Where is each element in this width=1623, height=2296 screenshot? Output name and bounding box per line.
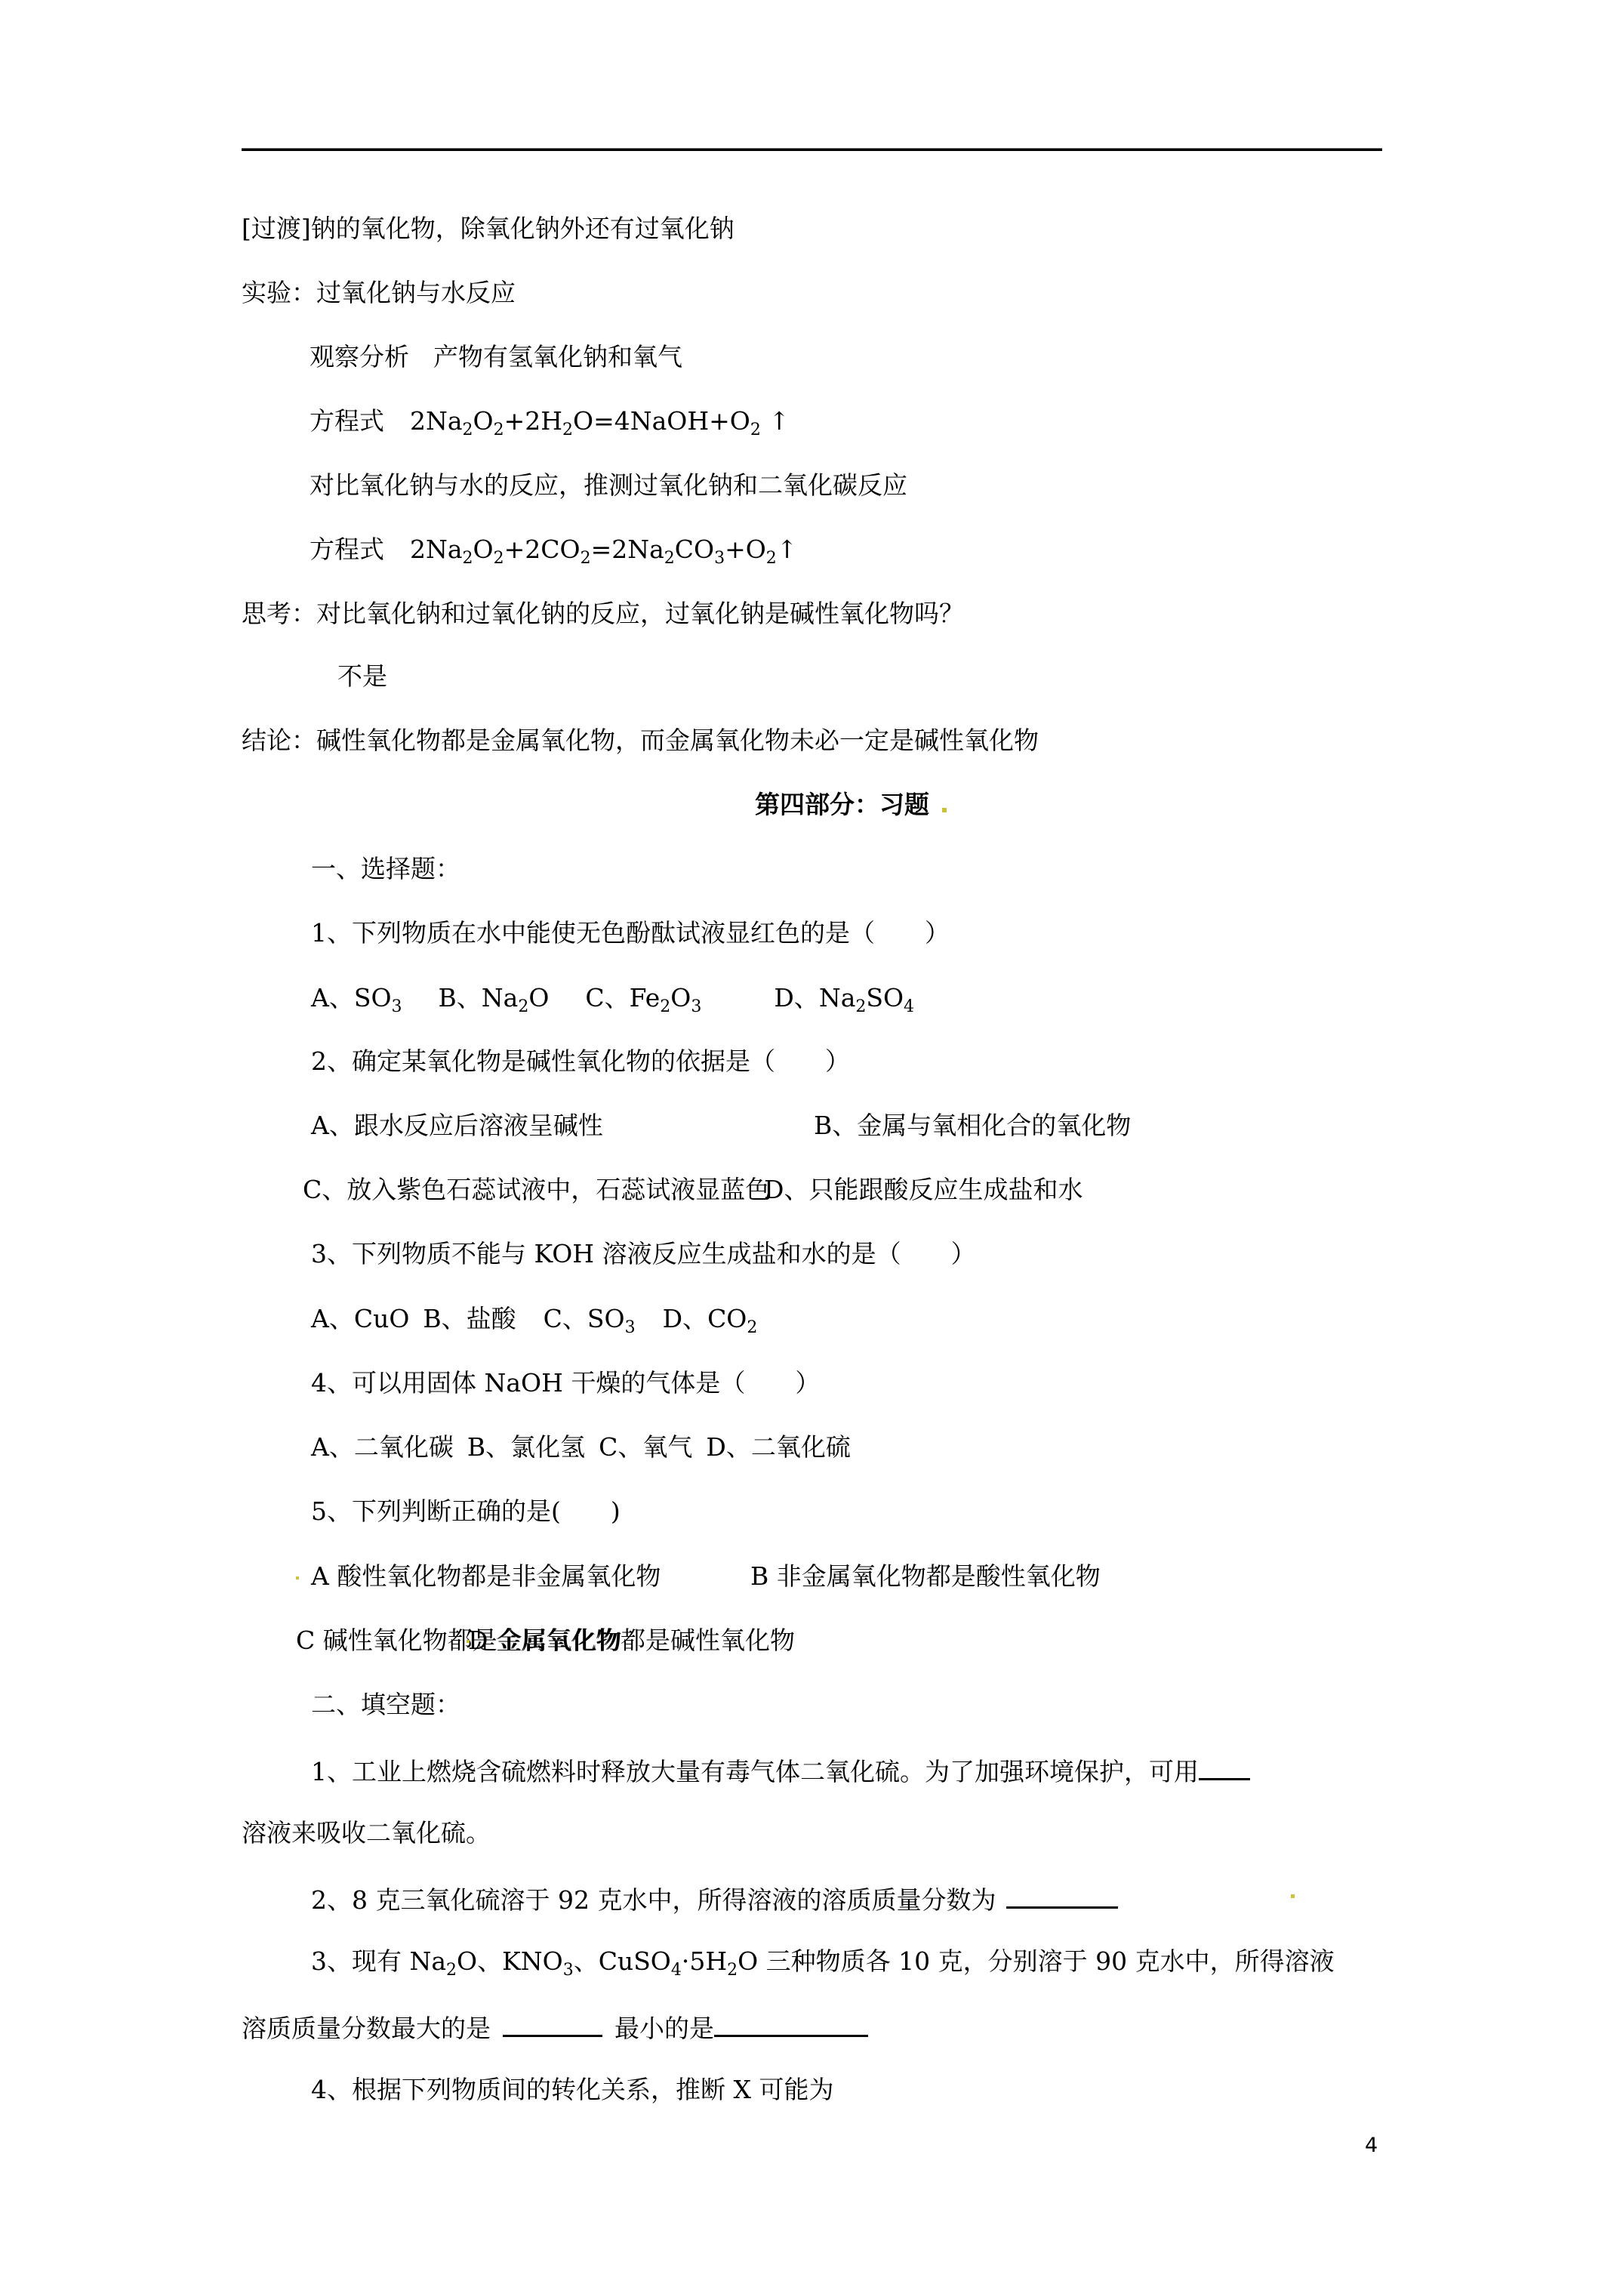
fill-question-2: 2、8 克三氧化硫溶于 92 克水中，所得溶液的溶质质量分数为	[311, 1882, 1118, 1912]
equation-1-line: 方程式2Na2O2+2H2O=4NaOH+O2 ↑	[310, 406, 790, 436]
option-a[interactable]: A、SO3	[311, 983, 402, 1012]
answer-blank[interactable]	[1006, 1882, 1118, 1909]
option-d[interactable]: D、Na2SO4	[774, 983, 914, 1012]
option-d[interactable]: D、CO2	[663, 1304, 758, 1333]
option-b[interactable]: B、氯化氢	[467, 1432, 585, 1462]
annotation-mark	[1291, 1894, 1295, 1898]
fill-question-4: 4、根据下列物质间的转化关系，推断 X 可能为	[311, 2075, 833, 2105]
page-number: 4	[1365, 2134, 1378, 2157]
equation-1-label: 方程式	[310, 406, 384, 436]
fill-question-1-line-2: 溶液来吸收二氧化硫。	[242, 1818, 491, 1848]
option-a[interactable]: A、二氧化碳	[311, 1432, 454, 1462]
question-3-stem: 3、下列物质不能与 KOH 溶液反应生成盐和水的是（ ）	[311, 1239, 976, 1269]
observation-text: 产物有氢氧化钠和氧气	[433, 342, 682, 371]
conclusion-text: 结论：碱性氧化物都是金属氧化物，而金属氧化物未必一定是碱性氧化物	[242, 726, 1039, 756]
answer-blank-largest[interactable]	[503, 2011, 602, 2037]
fill-question-1-line-1: 1、工业上燃烧含硫燃料时释放大量有毒气体二氧化硫。为了加强环境保护，可用	[311, 1754, 1250, 1784]
option-d[interactable]: D、二氧化硫	[706, 1432, 850, 1462]
section-title: 第四部分：习题	[755, 790, 929, 820]
equation-2-label: 方程式	[310, 535, 384, 564]
question-2-option-a[interactable]: A、跟水反应后溶液呈碱性	[311, 1111, 603, 1141]
question-2-option-b[interactable]: B、金属与氧相化合的氧化物	[814, 1111, 1131, 1141]
question-5-stem: 5、下列判断正确的是( )	[311, 1496, 621, 1527]
question-4-stem: 4、可以用固体 NaOH 干燥的气体是（ ）	[311, 1368, 820, 1398]
think-question: 思考：对比氧化钠和过氧化钠的反应，过氧化钠是碱性氧化物吗？	[242, 599, 964, 629]
observation-label: 观察分析	[310, 342, 409, 371]
answer-blank-smallest[interactable]	[714, 2011, 868, 2037]
comparison-text: 对比氧化钠与水的反应，推测过氧化钠和二氧化碳反应	[310, 470, 907, 501]
gas-arrow-icon: ↑	[777, 535, 798, 564]
question-1-stem: 1、下列物质在水中能使无色酚酞试液显红色的是（ ）	[311, 918, 950, 948]
question-5-option-b[interactable]: B 非金属氧化物都是酸性氧化物	[750, 1561, 1101, 1592]
think-answer: 不是	[337, 661, 387, 692]
answer-blank[interactable]	[1199, 1754, 1250, 1780]
question-2-stem: 2、确定某氧化物是碱性氧化物的依据是（ ）	[311, 1046, 850, 1077]
question-5-option-a[interactable]: A 酸性氧化物都是非金属氧化物	[311, 1561, 661, 1592]
option-c[interactable]: C、SO3	[544, 1304, 636, 1333]
question-1-options: A、SO3B、Na2OC、Fe2O3D、Na2SO4	[311, 983, 914, 1013]
fill-question-3-line-1: 3、现有 Na2O、KNO3、CuSO4·5H2O 三种物质各 10 克，分别溶…	[311, 1946, 1335, 1977]
equation-2: 2Na2O2+2CO2=2Na2CO3+O2↑	[410, 535, 797, 564]
equation-2-line: 方程式2Na2O2+2CO2=2Na2CO3+O2↑	[310, 535, 797, 565]
equation-1: 2Na2O2+2H2O=4NaOH+O2 ↑	[410, 406, 790, 436]
question-4-options: A、二氧化碳B、氯化氢C、氧气D、二氧化硫	[311, 1432, 851, 1462]
question-3-options: A、CuOB、盐酸C、SO3D、CO2	[311, 1304, 757, 1334]
option-c[interactable]: C、氧气	[599, 1432, 692, 1462]
choice-heading: 一、选择题：	[311, 854, 460, 884]
option-a[interactable]: A、CuO	[311, 1304, 409, 1333]
question-2-option-c[interactable]: C、放入紫色石蕊试液中，石蕊试液显蓝色	[303, 1175, 770, 1205]
gas-arrow-icon: ↑	[761, 406, 790, 436]
transition-text: [过渡]钠的氧化物，除氧化钠外还有过氧化钠	[242, 214, 735, 244]
option-c[interactable]: C、Fe2O3	[585, 983, 701, 1012]
question-5-option-d[interactable]: D 金属氧化物都是碱性氧化物	[468, 1626, 795, 1656]
option-b[interactable]: B、盐酸	[423, 1304, 516, 1333]
experiment-text: 实验：过氧化钠与水反应	[242, 278, 516, 308]
option-b[interactable]: B、Na2O	[439, 983, 550, 1012]
annotation-mark	[942, 808, 947, 812]
fill-question-3-line-2: 溶质质量分数最大的是最小的是	[242, 2011, 868, 2041]
question-2-option-d[interactable]: D、只能跟酸反应生成盐和水	[764, 1175, 1083, 1205]
annotation-mark	[296, 1576, 299, 1579]
observation-line: 观察分析产物有氢氧化钠和氧气	[310, 342, 682, 372]
header-rule	[242, 148, 1382, 151]
fill-heading: 二、填空题：	[311, 1690, 460, 1720]
